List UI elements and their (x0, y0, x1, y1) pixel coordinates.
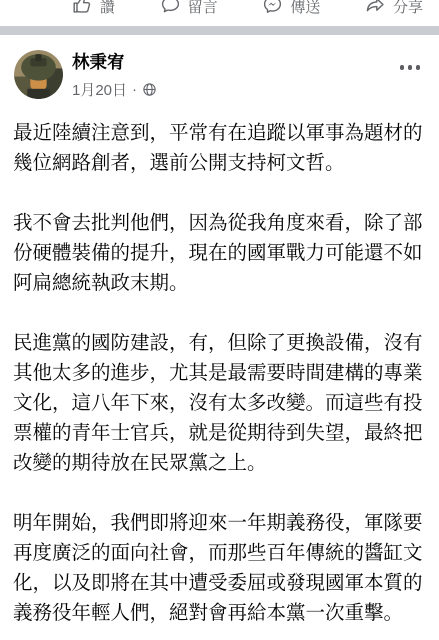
like-button-label: 讚 (100, 0, 115, 17)
send-button-label: 傳送 (290, 0, 320, 17)
feed-divider (0, 26, 439, 35)
post-paragraph: 民進黨的國防建設，有，但除了更換設備，沒有其他太多的進步，尤其是最需要時間建構的… (13, 328, 426, 478)
share-button-label: 分享 (393, 0, 423, 17)
post-date[interactable]: 1月20日 (72, 79, 127, 100)
like-button[interactable]: 讚 (72, 0, 115, 19)
post-paragraph: 最近陸續注意到，平常有在追蹤以軍事為題材的幾位網路創者，選前公開支持柯文哲。 (13, 118, 426, 178)
more-options-button[interactable] (396, 61, 425, 74)
post-paragraph: 我不會去批判他們，因為從我角度來看，除了部份硬體裝備的提升，現在的國軍戰力可能還… (13, 208, 426, 298)
author-name[interactable]: 林秉宥 (72, 51, 157, 74)
post-meta: 1月20日 · (72, 79, 157, 100)
avatar[interactable] (14, 50, 63, 99)
share-button[interactable]: 分享 (365, 0, 423, 19)
thumbs-up-icon (72, 0, 93, 19)
send-button[interactable]: 傳送 (262, 0, 320, 19)
globe-icon (142, 82, 157, 97)
comment-button-label: 留言 (188, 0, 218, 17)
post-paragraph: 明年開始，我們即將迎來一年期義務役，軍隊要再度廣泛的面向社會，而那些百年傳統的醬… (13, 508, 426, 628)
comment-button[interactable]: 留言 (160, 0, 218, 19)
send-icon (262, 0, 283, 19)
post-text: 最近陸續注意到，平常有在追蹤以軍事為題材的幾位網路創者，選前公開支持柯文哲。 我… (0, 100, 439, 628)
date-separator: · (132, 81, 137, 98)
comment-icon (160, 0, 181, 19)
post-header: 林秉宥 1月20日 · (0, 35, 439, 100)
post-header-text: 林秉宥 1月20日 · (72, 50, 157, 100)
post-card: 林秉宥 1月20日 · 最近陸續注意到，平常有在追蹤以軍事為題材的幾位網路創者，… (0, 35, 439, 628)
share-icon (365, 0, 386, 19)
post-action-bar: 讚 留言 傳送 分 (0, 0, 439, 20)
